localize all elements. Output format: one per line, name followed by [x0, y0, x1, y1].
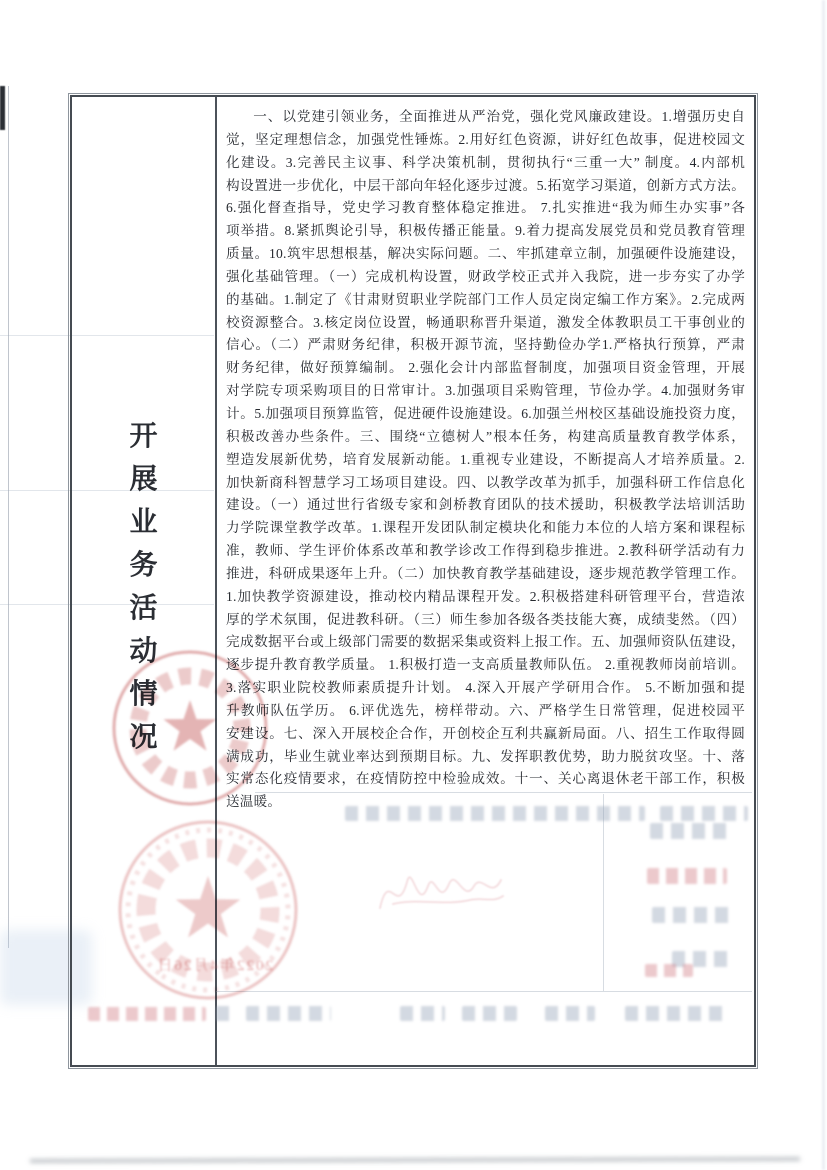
content-line: 校资源整合。3.核定岗位设置，畅通职称晋升渠道，激发全体教职员工干事创业的 [226, 312, 745, 335]
content-line: 安建设。七、深入开展校企合作，开创校企互利共赢新局面。八、招生工作取得圆 [226, 723, 745, 746]
content-line: 升教师队伍学历。 6.评优选先，榜样带动。六、严格学生日常管理，促进校园平 [226, 700, 745, 723]
content-line: 计。5.加强项目预算监管，促进硬件设施建设。6.加强兰州校区基础设施投资力度， [226, 403, 745, 426]
section-label-char: 开 [72, 415, 215, 458]
content-line: 力学院课堂教学改革。1.课程开发团队制定模块化和能力本位的人培方案和课程标 [226, 517, 745, 540]
content-line: 信心。（二）严肃财务纪律，积极开源节流，坚持勤俭办学1.严格执行预算，严肃 [226, 334, 745, 357]
content-line: 逐步提升教育教学质量。 1.积极打造一支高质量教师队伍。 2.重视教师岗前培训。 [226, 654, 745, 677]
content-line: 积极改善办些条件。三、围绕“立德树人”根本任务，构建高质量教育教学体系， [226, 426, 745, 449]
scan-right-edge-line [822, 0, 825, 1170]
scan-edge-sliver [0, 86, 5, 130]
content-line: 项举措。8.紧抓舆论引导，积极传播正能量。9.着力提高发展党员和党员教育管理 [226, 220, 745, 243]
content-line: 化建设。3.完善民主议事、科学决策机制，贯彻执行“三重一大” 制度。4.内部机 [226, 152, 745, 175]
bleed-text-smudge [88, 1007, 206, 1021]
bleed-signature-scribble [375, 856, 510, 926]
bleed-text-smudge [216, 1006, 236, 1021]
content-line: 对学院专项采购项目的日常审计。3.加强项目采购管理，节俭办学。4.加强财务审 [226, 380, 745, 403]
section-label-char: 活 [72, 587, 215, 630]
content-line: 塑造发展新优势，培育发展新动能。1.重视专业建设，不断提高人才培养质量。2. [226, 449, 745, 472]
content-text: 一、以党建引领业务，全面推进从严治党，强化党风廉政建设。1.增强历史自觉，坚定理… [226, 106, 745, 814]
content-line: 准，教师、学生评价体系改革和教学诊改工作得到稳步推进。2.教科研学活动有力 [226, 540, 745, 563]
page-bottom-shadow [30, 1157, 800, 1163]
official-seal-upper [110, 646, 270, 810]
bleed-text-smudge [545, 1006, 595, 1021]
bleed-text-smudge [647, 868, 727, 884]
content-line: 构设置进一步优化，中层干部向年轻化逐步过渡。5.拓宽学习渠道，创新方式方法。 [226, 175, 745, 198]
content-line: 3.落实职业院校教师素质提升计划。 4.深入开展产学研用合作。 5.不断加强和提 [226, 677, 745, 700]
content-line: 强化基础管理。（一）完成机构设置，财政学校正式并入我院，进一步夯实了办学 [226, 266, 745, 289]
content-line: 1.加快教学资源建设，推动校内精品课程开发。2.积极搭建科研管理平台，营造浓 [226, 586, 745, 609]
bleed-vertical-line [603, 794, 604, 991]
content-line: 推进，科研成果逐年上升。（二）加快教育教学基础建设，逐步规范教学管理工作。 [226, 563, 745, 586]
bleed-text-smudge [246, 1006, 331, 1021]
seal-star-icon [176, 876, 241, 938]
content-line: 6.强化督查指导，党史学习教育整体稳定推进。 7.扎实推进“我为师生办实事”各 [226, 197, 745, 220]
content-line: 质量。10.筑牢思想根基，解决实际问题。二、牢抓建章立制，加强硬件设施建设， [226, 243, 745, 266]
content-line: 厚的学术氛围，促进教科研。（三）师生参加各级各类技能大赛，成绩斐然。（四） [226, 609, 745, 632]
bleed-text-smudge [645, 964, 693, 977]
content-line: 满成功，毕业生就业率达到预期目标。九、发挥职教优势，助力脱贫攻坚。十、落 [226, 746, 745, 769]
bleed-text-smudge [345, 806, 645, 821]
bleed-text-smudge [660, 806, 748, 821]
scanned-document-page: { "document": { "section_label": "开展业务活动… [0, 0, 827, 1170]
bleed-text-smudge [652, 907, 732, 923]
content-line: 一、以党建引领业务，全面推进从严治党，强化党风廉政建设。1.增强历史自 [226, 106, 745, 129]
official-seal-lower [114, 816, 302, 1004]
content-line: 觉，坚定理想信念，加强党性锤炼。2.用好红色资源，讲好红色故事，促进校园文 [226, 129, 745, 152]
content-line: 实常态化疫情要求，在疫情防控中检验成效。十一、关心离退休老干部工作，积极 [226, 768, 745, 791]
content-line: 财务纪律，做好预算编制。 2.强化会计内部监督制度，加强项目资金管理，开展 [226, 357, 745, 380]
section-label-char: 业 [72, 501, 215, 544]
section-label-char: 务 [72, 544, 215, 587]
content-line: 完成数据平台或上级部门需要的数据采集或资料上报工作。五、加强师资队伍建设， [226, 631, 745, 654]
scan-left-edge-line [8, 86, 9, 948]
section-label-char: 展 [72, 458, 215, 501]
content-line: 加快新商科智慧学习工场项目建设。四、以教学改革为抓手，加强科研工作信息化 [226, 472, 745, 495]
bleed-text-smudge [462, 1006, 517, 1021]
seal-star-icon [163, 700, 216, 751]
content-line: 建设。（一）通过世行省级专家和剑桥教育团队的技术援助，积极教学法培训活助 [226, 494, 745, 517]
bleed-horizontal-line [255, 792, 752, 793]
bleed-text-smudge [400, 1006, 445, 1021]
bleed-text-smudge [625, 1006, 730, 1021]
bleed-text-smudge [650, 823, 730, 839]
content-line: 的基础。1.制定了《甘肃财贸职业学院部门工作人员定岗定编工作方案》。2.完成两 [226, 289, 745, 312]
